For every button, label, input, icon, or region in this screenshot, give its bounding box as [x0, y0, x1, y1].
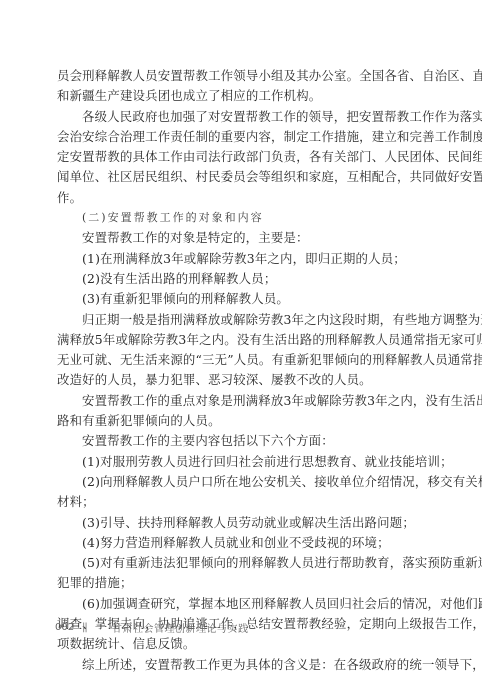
- text-line: 安置帮教工作的对象是特定的，主要是：: [57, 228, 438, 248]
- text-line: 安置帮教工作的主要内容包括以下六个方面：: [57, 431, 438, 451]
- text-line: 无业可就、无生活来源的“三无”人员。有重新犯罪倾向的刑释解教人员通常指没有: [57, 350, 438, 370]
- text-line: 项数据统计、信息反馈。: [57, 634, 438, 654]
- text-line: 综上所述，安置帮教工作更为具体的含义是：在各级政府的统一领导下，由司: [57, 655, 438, 675]
- section-heading: (二)安置帮教工作的对象和内容: [57, 208, 438, 228]
- text-line: (1)在刑满释放3年或解除劳教3年之内，即归正期的人员；: [57, 249, 438, 269]
- book-title: 甘肃社会管理创新理论与实践: [112, 620, 249, 635]
- text-line: (2)没有生活出路的刑释解教人员；: [57, 269, 438, 289]
- document-page-body: 员会刑释解教人员安置帮教工作领导小组及其办公室。全国各省、自治区、直辖市和新疆生…: [57, 66, 438, 675]
- text-line: 员会刑释解教人员安置帮教工作领导小组及其办公室。全国各省、自治区、直辖市: [57, 66, 438, 86]
- text-line: 和新疆生产建设兵团也成立了相应的工作机构。: [57, 86, 438, 106]
- text-line: 定安置帮教的具体工作由司法行政部门负责，各有关部门、人民团体、民间组织、新: [57, 147, 438, 167]
- text-line: (4)努力营造刑释解教人员就业和创业不受歧视的环境；: [57, 533, 438, 553]
- text-line: (2)向刑释解教人员户口所在地公安机关、接收单位介绍情况，移交有关档案、: [57, 472, 438, 492]
- text-line: (5)对有重新违法犯罪倾向的刑释解教人员进行帮助教育，落实预防重新违法: [57, 553, 438, 573]
- text-line: 改造好的人员，暴力犯罪、恶习较深、屡教不改的人员。: [57, 370, 438, 390]
- text-line: 会治安综合治理工作责任制的重要内容，制定工作措施，建立和完善工作制度。规: [57, 127, 438, 147]
- text-line: 满释放5年或解除劳教3年之内。没有生活出路的刑释解教人员通常指无家可归、: [57, 330, 438, 350]
- text-line: (3)有重新犯罪倾向的刑释解教人员。: [57, 289, 438, 309]
- text-line: 作。: [57, 188, 438, 208]
- footer-separator: ||: [82, 622, 112, 633]
- text-line: 材料；: [57, 492, 438, 512]
- text-line: 犯罪的措施；: [57, 573, 438, 593]
- page-number: 002: [55, 622, 82, 633]
- text-line: 安置帮教工作的重点对象是刑满释放3年或解除劳教3年之内，没有生活出: [57, 391, 438, 411]
- text-line: 路和有重新犯罪倾向的人员。: [57, 411, 438, 431]
- text-line: 各级人民政府也加强了对安置帮教工作的领导，把安置帮教工作作为落实社: [57, 107, 438, 127]
- text-line: (6)加强调查研究，掌握本地区刑释解教人员回归社会后的情况，对他们跟踪: [57, 594, 438, 614]
- text-line: 归正期一般是指刑满释放或解除劳教3年之内这段时期，有些地方调整为刑: [57, 310, 438, 330]
- text-line: (1)对服刑劳教人员进行回归社会前进行思想教育、就业技能培训；: [57, 452, 438, 472]
- page-footer: 002 || 甘肃社会管理创新理论与实践: [55, 620, 249, 635]
- text-line: 闻单位、社区居民组织、村民委员会等组织和家庭，互相配合，共同做好安置帮教工: [57, 167, 438, 187]
- text-line: (3)引导、扶持刑释解教人员劳动就业或解决生活出路问题；: [57, 513, 438, 533]
